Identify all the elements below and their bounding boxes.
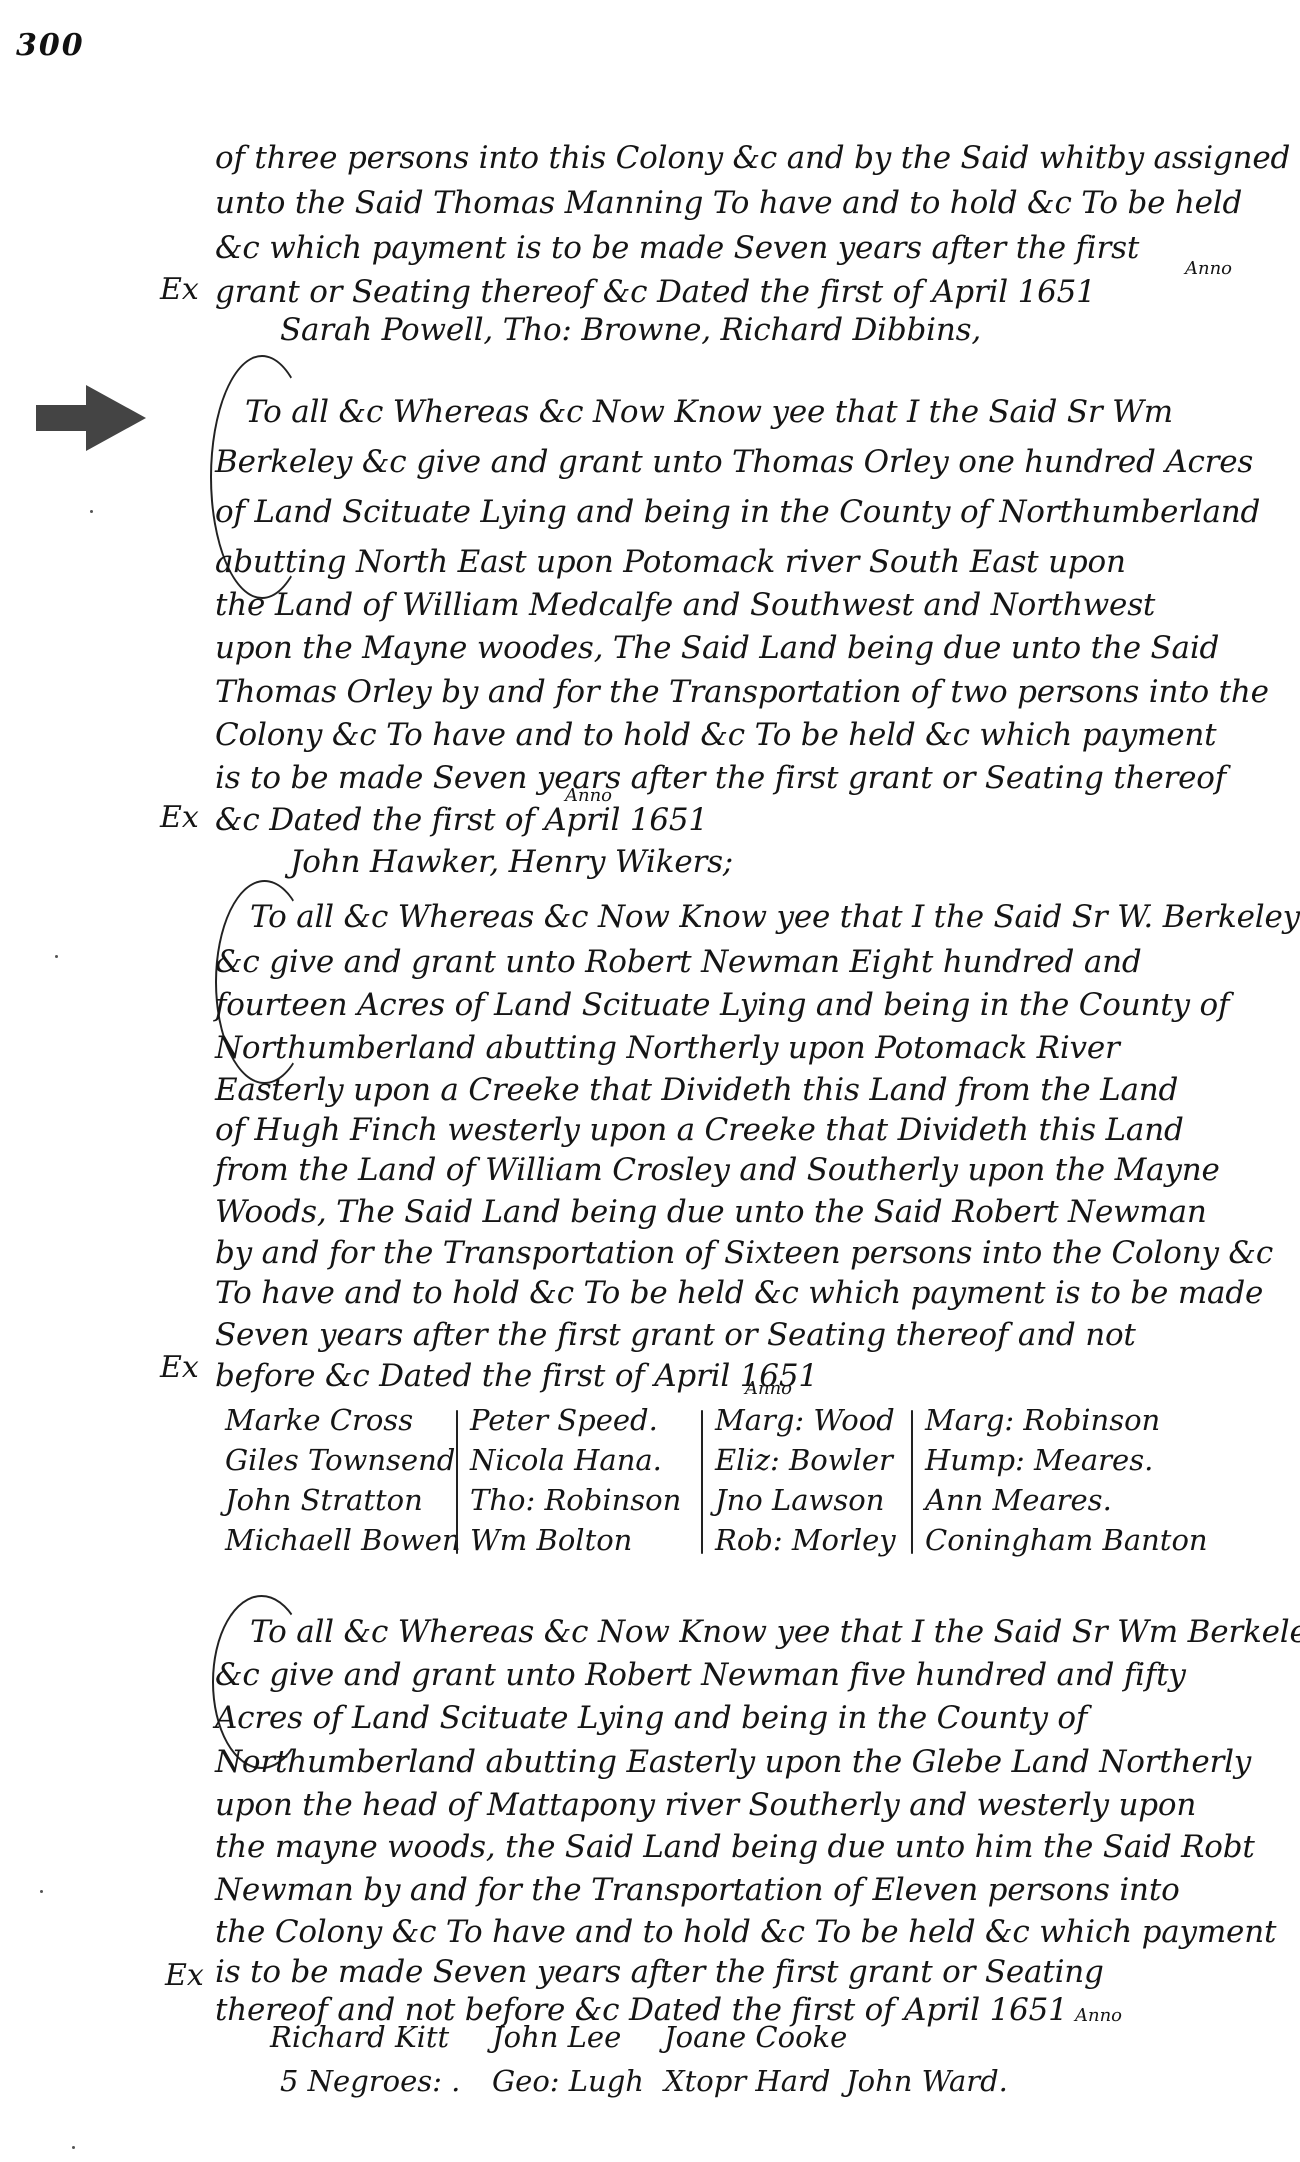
headright-name: Ann Meares. — [925, 1480, 1225, 1520]
examined-margin-mark: Ex — [160, 272, 199, 307]
headrights-list: Marke Cross Giles Townsend John Stratton… — [225, 1400, 1245, 1560]
page-number: 300 — [16, 28, 85, 63]
manuscript-line: of three persons into this Colony &c and… — [215, 138, 1265, 178]
manuscript-line: the Colony &c To have and to hold &c To … — [215, 1912, 1265, 1952]
headright-name: John Lee — [492, 2015, 642, 2059]
headright-name: Xtopr Hard — [664, 2059, 824, 2103]
manuscript-line: &c give and grant unto Robert Newman fiv… — [215, 1655, 1265, 1695]
manuscript-line: of Hugh Finch westerly upon a Creeke tha… — [215, 1110, 1265, 1150]
headright-name: Tho: Robinson — [470, 1480, 715, 1520]
headright-name: John Stratton — [225, 1480, 470, 1520]
manuscript-line: abutting North East upon Potomack river … — [215, 542, 1265, 582]
headrights-column: Peter Speed. Nicola Hana. Tho: Robinson … — [470, 1400, 715, 1560]
manuscript-line: To all &c Whereas &c Now Know yee that I… — [250, 897, 1300, 937]
manuscript-line: is to be made Seven years after the firs… — [215, 1952, 1265, 1992]
headright-name: Coningham Banton — [925, 1520, 1225, 1560]
manuscript-line: Seven years after the first grant or Sea… — [215, 1315, 1265, 1355]
anno-mark: Anno — [1185, 258, 1232, 279]
manuscript-line: upon the head of Mattapony river Souther… — [215, 1785, 1265, 1825]
scan-speck — [40, 1890, 43, 1893]
headright-name: Jno Lawson — [715, 1480, 925, 1520]
manuscript-line: Northumberland abutting Easterly upon th… — [215, 1742, 1265, 1782]
headrights-column: Marke Cross Giles Townsend John Stratton… — [225, 1400, 470, 1560]
manuscript-line: Berkeley &c give and grant unto Thomas O… — [215, 442, 1265, 482]
manuscript-line: Easterly upon a Creeke that Divideth thi… — [215, 1070, 1265, 1110]
headright-name: Hump: Meares. — [925, 1440, 1225, 1480]
manuscript-line: To all &c Whereas &c Now Know yee that I… — [250, 1612, 1300, 1652]
manuscript-line: To have and to hold &c To be held &c whi… — [215, 1273, 1265, 1313]
manuscript-line: Newman by and for the Transportation of … — [215, 1870, 1265, 1910]
anno-mark: Anno — [565, 785, 612, 806]
manuscript-line: Colony &c To have and to hold &c To be h… — [215, 715, 1265, 755]
manuscript-line: by and for the Transportation of Sixteen… — [215, 1233, 1265, 1273]
scan-speck — [72, 2146, 75, 2149]
headrights-line: John Hawker, Henry Wikers; — [290, 842, 1300, 882]
headrights-column: Marg: Wood Eliz: Bowler Jno Lawson Rob: … — [715, 1400, 925, 1560]
manuscript-line: Woods, The Said Land being due unto the … — [215, 1192, 1265, 1232]
headrights-row: 5 Negroes: . Geo: Lugh Xtopr Hard John W… — [280, 2059, 1008, 2103]
right-arrow-icon — [36, 385, 146, 451]
headright-name: Richard Kitt — [270, 2015, 470, 2059]
headright-name: Joane Cooke — [664, 2015, 824, 2059]
scan-speck — [90, 510, 93, 513]
manuscript-line: upon the Mayne woodes, The Said Land bei… — [215, 628, 1265, 668]
manuscript-line: the mayne woods, the Said Land being due… — [215, 1827, 1265, 1867]
headrights-line: Sarah Powell, Tho: Browne, Richard Dibbi… — [280, 310, 1300, 350]
anno-mark: Anno — [1075, 2005, 1122, 2026]
headright-name: Nicola Hana. — [470, 1440, 715, 1480]
manuscript-line: of Land Scituate Lying and being in the … — [215, 492, 1265, 532]
headright-name: Rob: Morley — [715, 1520, 925, 1560]
examined-margin-mark: Ex — [165, 1958, 204, 1993]
manuscript-line: grant or Seating thereof &c Dated the fi… — [215, 272, 1265, 312]
headright-name: Marg: Wood — [715, 1400, 925, 1440]
headright-name: Geo: Lugh — [492, 2059, 642, 2103]
headright-name: Michaell Bowen — [225, 1520, 470, 1560]
headright-name: John Ward. — [846, 2059, 1008, 2103]
manuscript-line: before &c Dated the first of April 1651 — [215, 1356, 1265, 1396]
manuscript-line: Acres of Land Scituate Lying and being i… — [215, 1698, 1265, 1738]
headrights-column: Marg: Robinson Hump: Meares. Ann Meares.… — [925, 1400, 1225, 1560]
headright-name: Eliz: Bowler — [715, 1440, 925, 1480]
headright-name: Wm Bolton — [470, 1520, 715, 1560]
headright-name: Giles Townsend — [225, 1440, 470, 1480]
manuscript-line: the Land of William Medcalfe and Southwe… — [215, 585, 1265, 625]
scan-speck — [55, 955, 58, 958]
manuscript-line: unto the Said Thomas Manning To have and… — [215, 183, 1265, 223]
manuscript-line: is to be made Seven years after the firs… — [215, 758, 1265, 798]
examined-margin-mark: Ex — [160, 800, 199, 835]
manuscript-line: &c Dated the first of April 1651 — [215, 800, 1265, 840]
headright-name: 5 Negroes: . — [280, 2059, 470, 2103]
headrights-list: Richard Kitt John Lee Joane Cooke 5 Negr… — [270, 2015, 1008, 2103]
headright-name: Peter Speed. — [470, 1400, 715, 1440]
manuscript-line: Thomas Orley by and for the Transportati… — [215, 672, 1265, 712]
manuscript-line: from the Land of William Crosley and Sou… — [215, 1150, 1265, 1190]
manuscript-line: &c which payment is to be made Seven yea… — [215, 228, 1265, 268]
anno-mark: Anno — [745, 1378, 792, 1399]
examined-margin-mark: Ex — [160, 1350, 199, 1385]
manuscript-line: To all &c Whereas &c Now Know yee that I… — [245, 392, 1295, 432]
headrights-row: Richard Kitt John Lee Joane Cooke — [270, 2015, 1008, 2059]
headright-name: Marke Cross — [225, 1400, 470, 1440]
headright-name: Marg: Robinson — [925, 1400, 1225, 1440]
manuscript-line: &c give and grant unto Robert Newman Eig… — [215, 942, 1265, 982]
manuscript-line: fourteen Acres of Land Scituate Lying an… — [215, 985, 1265, 1025]
manuscript-line: Northumberland abutting Northerly upon P… — [215, 1028, 1265, 1068]
